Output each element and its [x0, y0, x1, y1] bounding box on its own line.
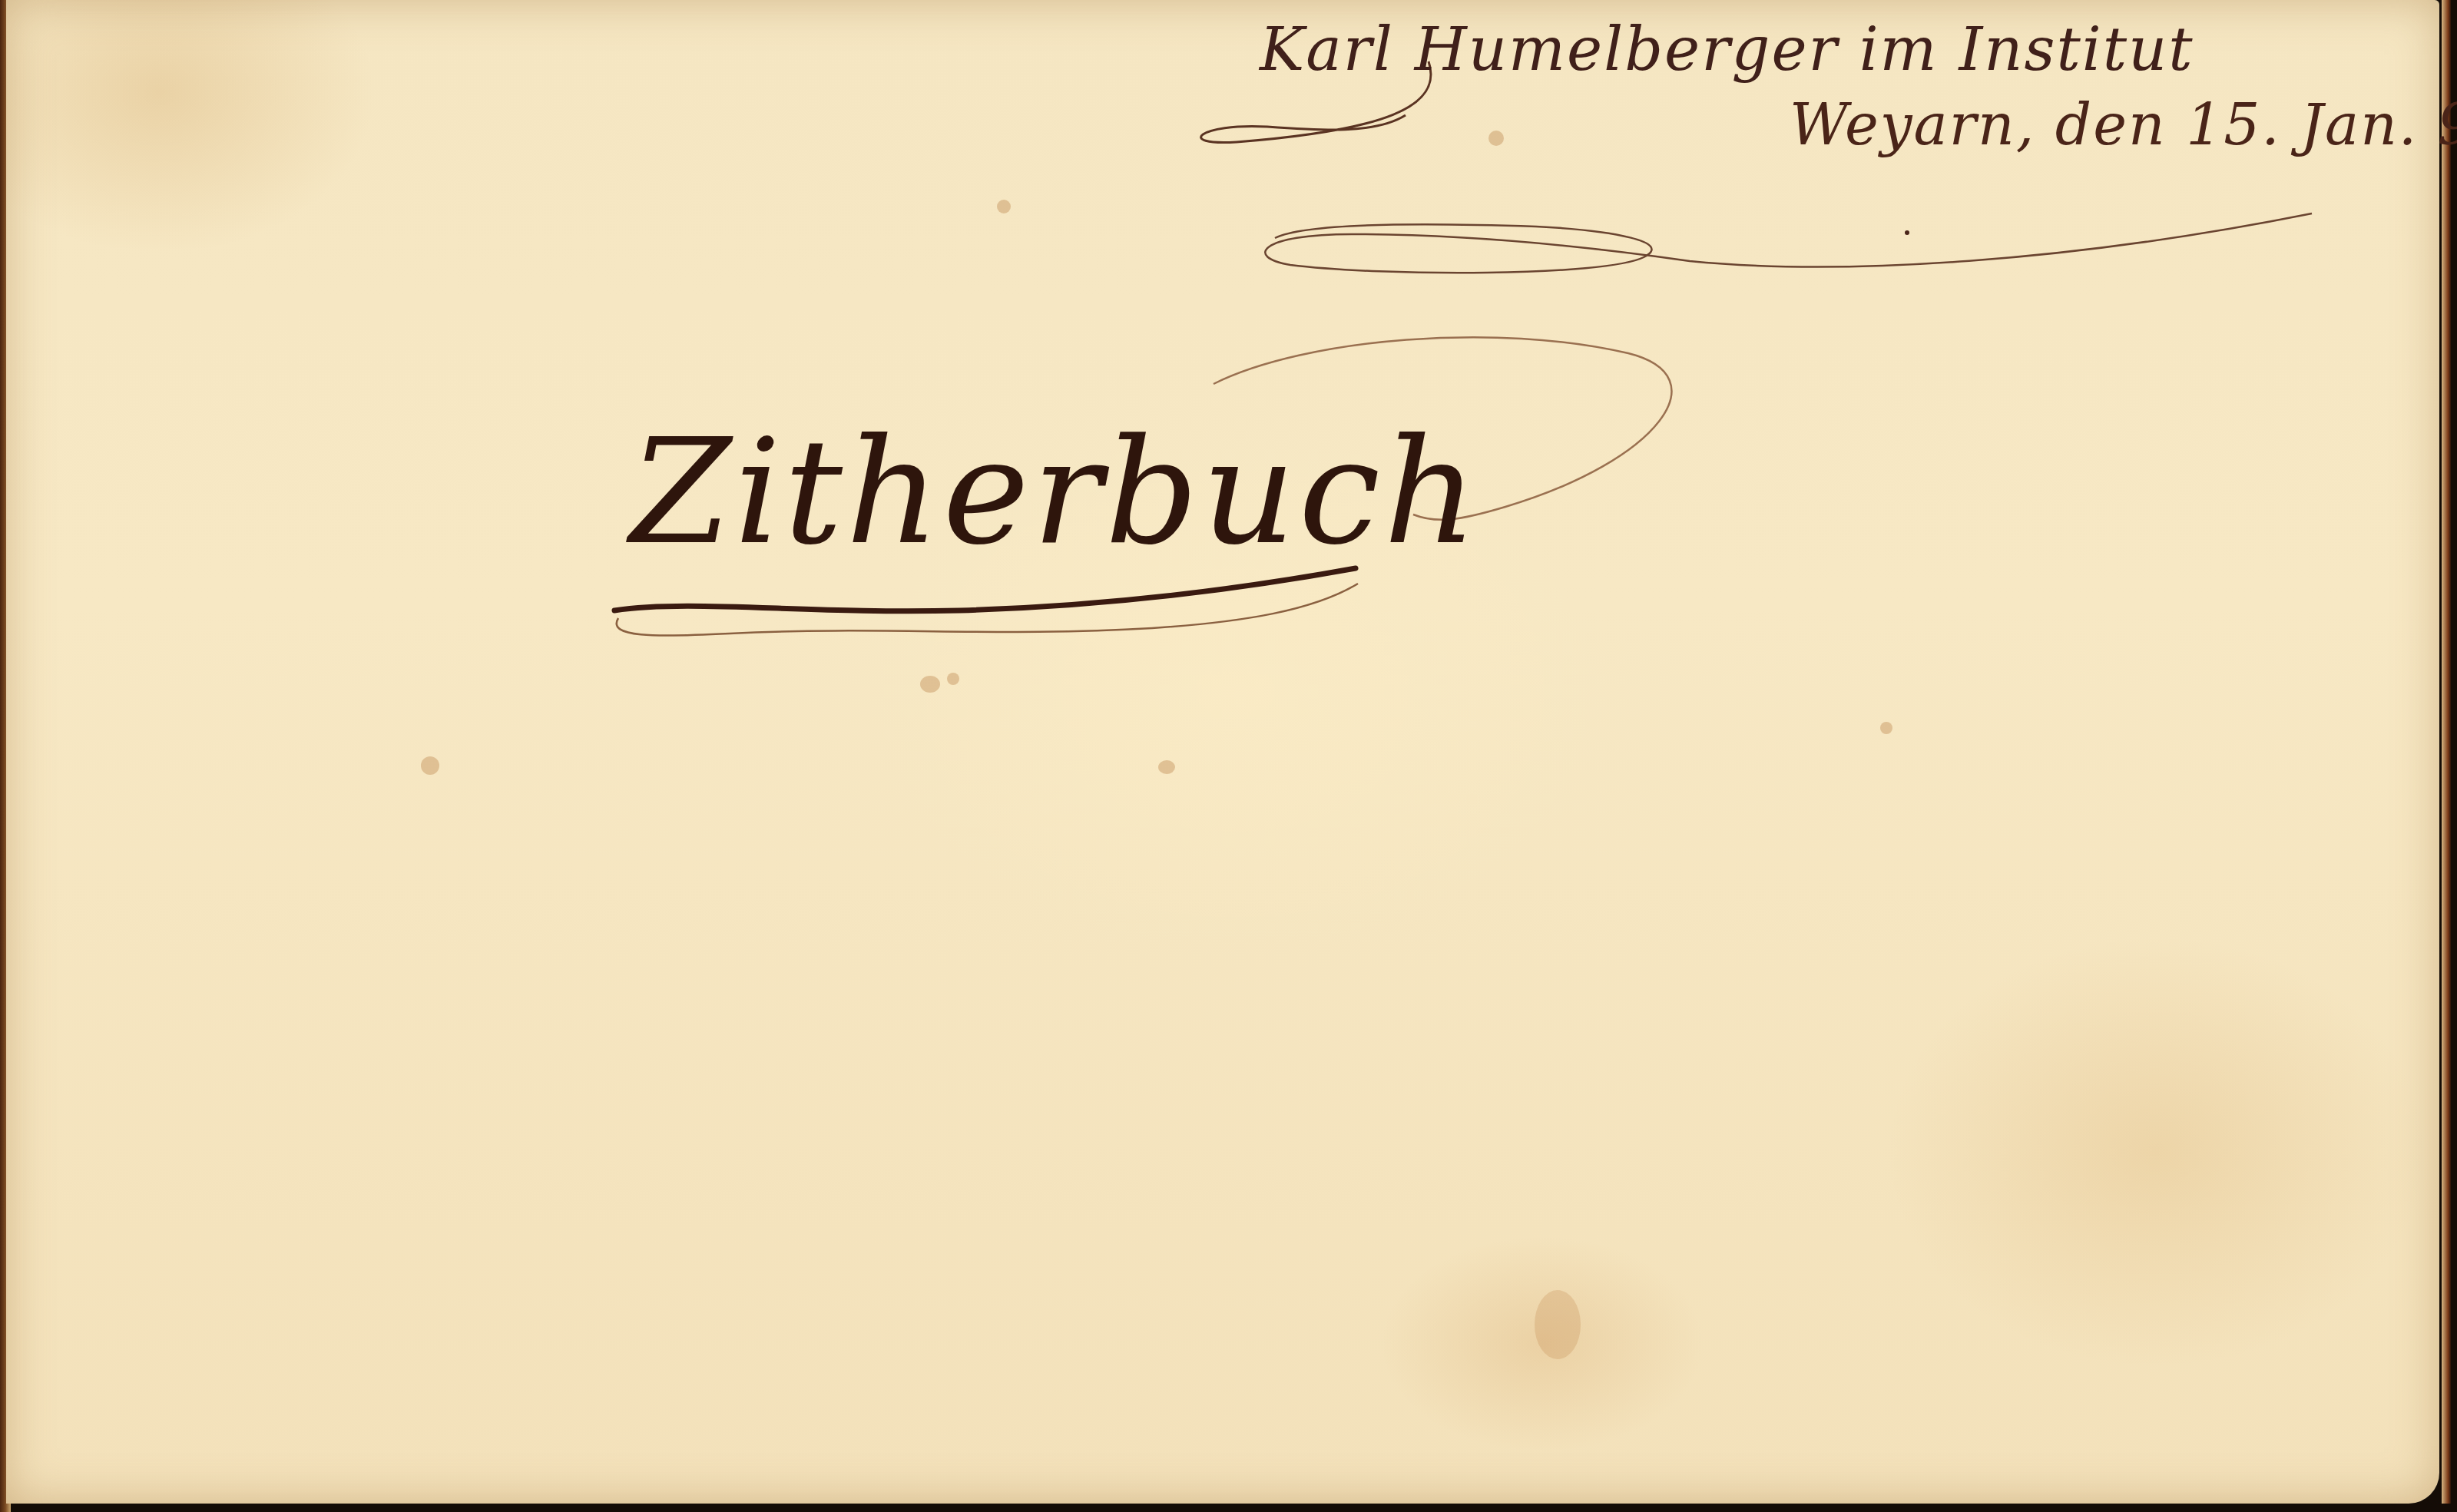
inscription-line-1: Karl Humelberger im Institut — [1260, 15, 2194, 84]
stain-spot — [1488, 131, 1504, 146]
page-right-edge — [2442, 0, 2451, 1504]
stain-spot — [421, 756, 439, 775]
stain-spot — [1535, 1290, 1581, 1359]
stain-spot — [920, 676, 940, 693]
stain-spot — [997, 200, 1011, 213]
stain-spot — [1880, 722, 1892, 734]
inscription-line-2: Weyarn, den 15. Jan. 91 — [1790, 92, 2457, 158]
stain-spot — [947, 673, 959, 685]
stain-spot — [1158, 760, 1175, 774]
paper-page — [6, 0, 2439, 1504]
page-title: Zitherbuch — [630, 407, 1481, 577]
